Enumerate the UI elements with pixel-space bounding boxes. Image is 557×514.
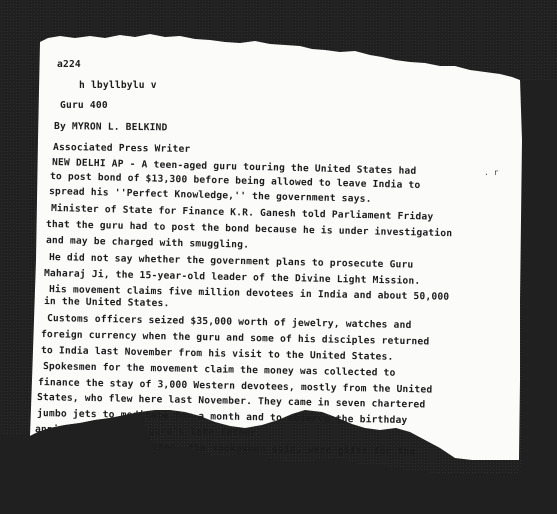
body-line: to India last November from his visit to… xyxy=(41,345,394,363)
body-line: and may be charged with smuggling. xyxy=(46,235,249,251)
body-line: in the United States. xyxy=(44,296,170,309)
body-line: jumbo jets to meditate for a month and t… xyxy=(37,408,408,426)
body-line: States, who flew here last November. The… xyxy=(37,392,426,410)
body-line: The jewelry and watches, the spokesman s… xyxy=(39,440,416,458)
news-clipping: a224 h lbyllbylu v Guru 400 By MYRON L. … xyxy=(0,0,557,514)
slug: a224 xyxy=(57,59,81,70)
headline: Guru 400 xyxy=(60,100,108,111)
body-line: spread his ''Perfect Knowledge,'' the go… xyxy=(49,186,372,205)
body-line: He did not say whether the government pl… xyxy=(49,252,414,271)
body-line: foreign currency when the guru and some … xyxy=(41,329,430,347)
affiliation: Associated Press Writer xyxy=(53,142,191,155)
body-line: anniversary of the guru's late father. xyxy=(35,424,262,439)
header-code: h lbyllbylu v xyxy=(79,80,157,91)
margin-mark: . r xyxy=(484,168,498,177)
byline: By MYRON L. BELKIND xyxy=(54,121,168,133)
body-line: Spokesmen for the movement claim the mon… xyxy=(43,361,396,379)
body-line: Customs officers seized $35,000 worth of… xyxy=(47,313,412,331)
